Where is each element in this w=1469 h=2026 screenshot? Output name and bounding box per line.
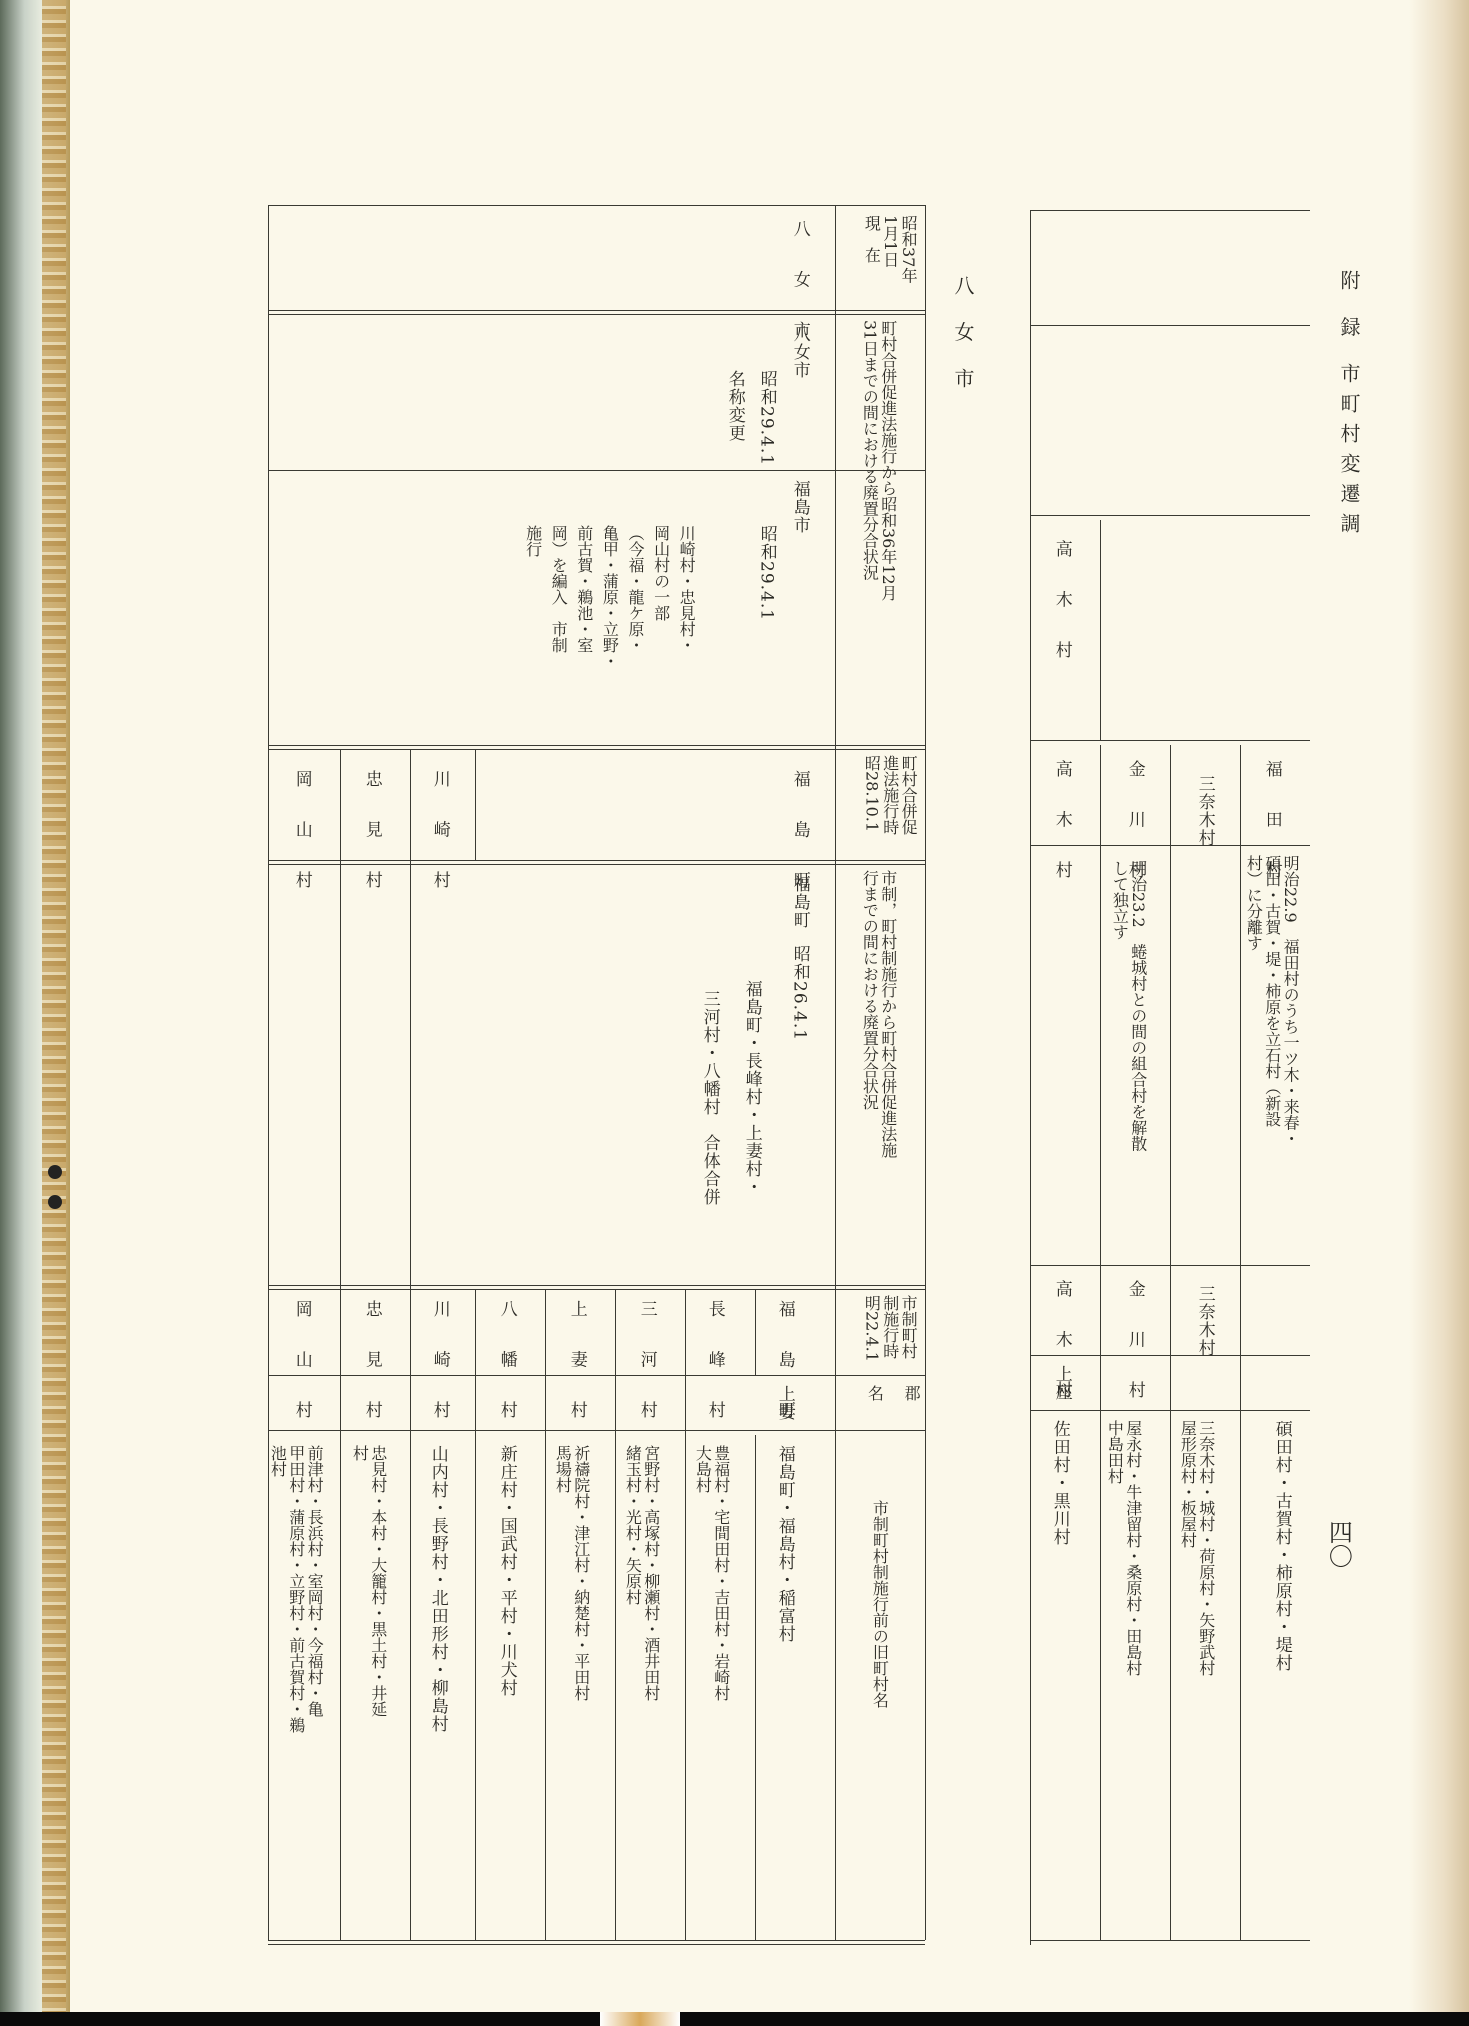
- county-cell: 上妻: [775, 1385, 794, 1421]
- village-cell: 八 幡 村: [497, 1300, 516, 1432]
- section-title: 八 女 市: [952, 275, 974, 398]
- town-cell: 川 崎 村: [430, 770, 449, 902]
- town-cell: 三奈木村: [1195, 775, 1214, 847]
- header-promotion-law: 町村合併促 進法施行時 昭28.10.1: [862, 755, 917, 835]
- old-names-cell: 宮野村・高塚村・柳瀬村・酒井田村 緒玉村・光村・矢原村: [623, 1445, 660, 1701]
- old-names-cell: 佐田村・黒川村: [1050, 1420, 1069, 1546]
- village-cell: 長 峰 村: [705, 1300, 724, 1432]
- town-cell: 高 木 村: [1052, 760, 1071, 892]
- spine-thread: [42, 0, 66, 2026]
- scan-bottom-edge: [0, 2012, 1469, 2026]
- header-municipal-system: 市制町村 制施行時 明22.4.1: [862, 1295, 917, 1362]
- village-cell: 三奈木村: [1195, 1285, 1214, 1357]
- pre-law-town: 福島町: [790, 875, 809, 929]
- merger-note: 明治22.9 福田村のうち一ツ木・来春・ 碩田・古賀・堤・柿原を立石村（新設 村…: [1244, 855, 1299, 1147]
- running-title: 附 録 市町村変遷調: [1338, 270, 1360, 543]
- old-names-cell: 山内村・長野村・北田形村・柳島村: [428, 1445, 447, 1733]
- old-names-cell: 三奈木村・城村・荷原村・矢野武村 屋形原村・板屋村: [1178, 1420, 1215, 1676]
- old-names-cell: 豊福村・宅間田村・吉田村・岩崎村 大島村: [693, 1445, 730, 1701]
- old-names-cell: 新庄村・国武村・平村・川犬村: [497, 1445, 516, 1697]
- page-edge-shadow: [1409, 0, 1469, 2026]
- pre-law-line1: 福島町・長峰村・上妻村・: [742, 980, 761, 1196]
- header-current: 昭和37年 1月1日 現 在: [862, 215, 917, 283]
- old-names-cell: 屋永村・牛津留村・桑原村・田島村 中島田村: [1105, 1420, 1142, 1676]
- old-names-cell: 祈禱院村・津江村・納楚村・平田村 馬場村: [553, 1445, 590, 1701]
- old-names-cell: 前津村・長浜村・室岡村・今福村・亀 甲田村・蒲原村・立野村・前古賀村・鵜 池村: [268, 1445, 323, 1733]
- county-cell: 上座: [1052, 1365, 1071, 1401]
- village-cell: 三 河 村: [637, 1300, 656, 1432]
- town-cell: 忠 見 村: [362, 770, 381, 902]
- header-merger-period: 町村合併促進法施行から昭和36年12月 31日までの間における廃置分合状況: [860, 320, 897, 601]
- village-cell: 上 妻 村: [567, 1300, 586, 1432]
- merger-city: 八女市: [790, 325, 809, 379]
- village-cell: 川 崎 村: [430, 1300, 449, 1432]
- village-cell: 金 川 村: [1125, 1280, 1144, 1412]
- merger-text: 名称変更: [725, 370, 744, 442]
- merger-date: 昭和29.4.1: [757, 525, 776, 621]
- pre-law-line2: 三河村・八幡村 合体合併: [700, 990, 719, 1206]
- page-number: 四〇: [1325, 1520, 1351, 1568]
- merger-note: 明治23.2 蜷城村との間の組合村を解散 して独立す: [1110, 860, 1147, 1152]
- group-label-takagi: 高 木 村: [1052, 540, 1071, 672]
- old-names-cell: 忠見村・本村・大籠村・黒土村・井延 村: [350, 1445, 387, 1717]
- town-cell: 岡 山 村: [292, 770, 311, 902]
- header-old-names: 市制町村制施行前の旧町村名: [870, 1500, 888, 1708]
- pre-law-date: 昭和26.4.1: [790, 945, 809, 1041]
- village-cell: 岡 山 村: [292, 1300, 311, 1432]
- old-names-cell: 福島町・福島村・稲富村: [775, 1445, 794, 1643]
- header-pre-law-period: 市制，町村制施行から町村合併促進法施 行までの間における廃置分合状況: [860, 870, 897, 1158]
- scan-bottom-tab: [600, 2012, 680, 2026]
- village-cell: 忠 見 村: [362, 1300, 381, 1432]
- binding-hole: [48, 1165, 62, 1179]
- merger-date: 昭和29.4.1: [757, 370, 776, 466]
- merger-city: 福島市: [790, 480, 809, 534]
- binding-hole: [48, 1195, 62, 1209]
- merger-text: 川崎村・忠見村・ 岡山村の一部 （今福・龍ケ原・ 亀甲・蒲原・立野・ 前古賀・鵜…: [520, 525, 699, 669]
- header-county: 郡 名: [865, 1385, 920, 1401]
- old-names-cell: 碩田村・古賀村・柿原村・堤村: [1272, 1420, 1291, 1672]
